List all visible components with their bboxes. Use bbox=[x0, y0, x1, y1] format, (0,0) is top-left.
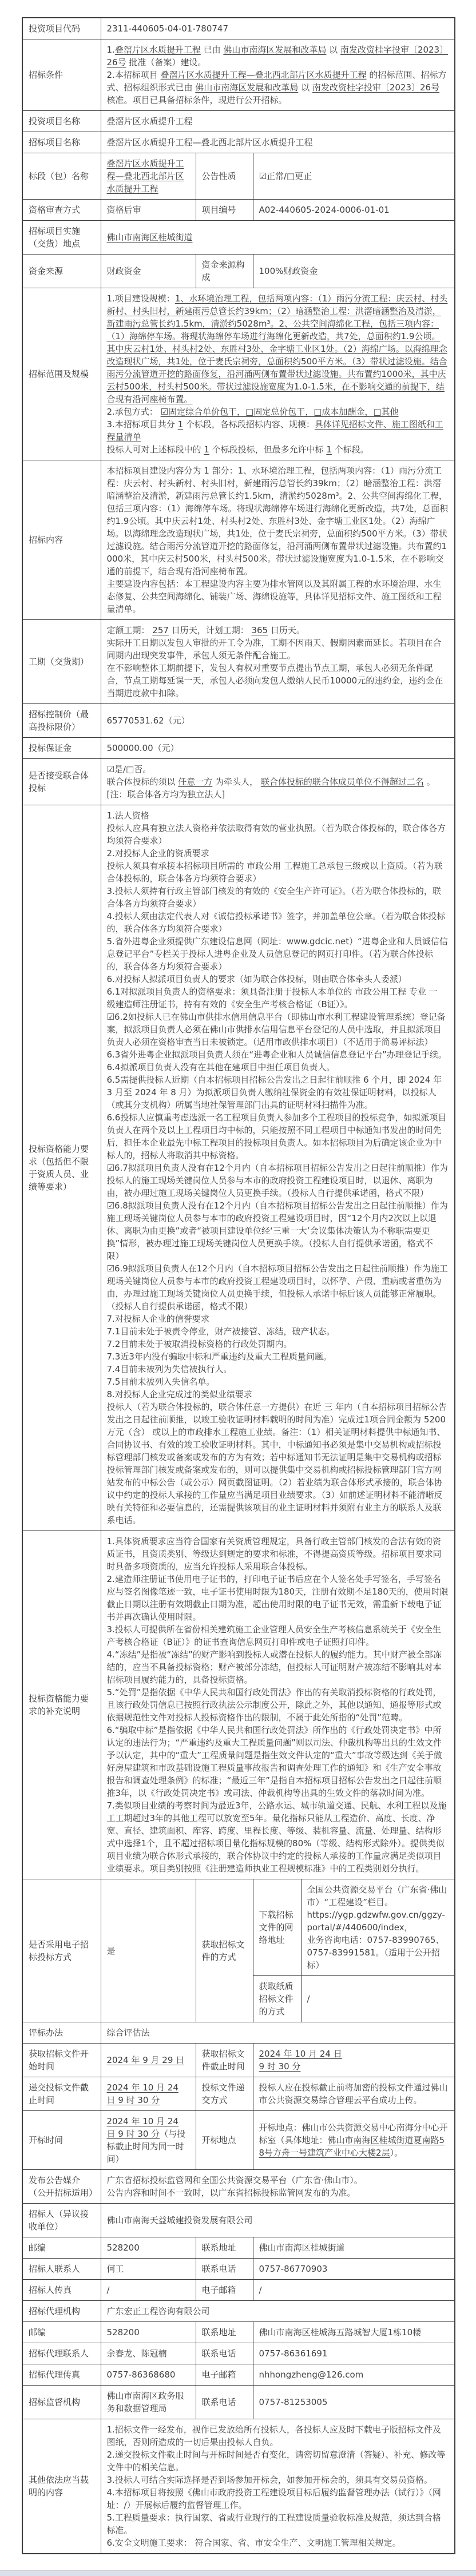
investment-project-name-value: 叠滘片区水质提升工程 bbox=[101, 111, 455, 132]
tender-content-value: 本招标项目建设内容分为 1 部分：1、水环境治理工程，包括两项内容：（1）雨污分… bbox=[101, 460, 455, 620]
investment-project-code-value: 2311-440605-04-01-780747 bbox=[101, 18, 455, 39]
project-number-value: A02-440605-2024-0006-01-01 bbox=[253, 200, 455, 221]
row-tenderer-fax: 招标人传真 / 电子邮箱 / bbox=[22, 2280, 455, 2301]
row-label: 是否采用电子招标投标方式 bbox=[22, 1879, 101, 2022]
row-label: 投标保证金 bbox=[22, 738, 101, 759]
construction-period-value: 定额工期： 257 日历天，计划工期： 365 日历天。 实际开工日期以发包人审… bbox=[101, 620, 455, 704]
tenderer-value: 佛山市南海天益城建投资发展有限公司 bbox=[101, 2204, 455, 2237]
row-label: 招标监督机构 bbox=[22, 2386, 101, 2419]
announcement-nature-value: ☑正常/□更正 bbox=[253, 153, 455, 200]
agency-email-label: 电子邮箱 bbox=[196, 2364, 253, 2386]
row-label: 是否接受联合体投标 bbox=[22, 759, 101, 805]
funding-composition-value: 100%财政资金 bbox=[253, 255, 455, 288]
row-investment-project-name: 投资项目名称 叠滘片区水质提升工程 bbox=[22, 111, 455, 132]
row-bid-section-name: 标段（包）名称 叠滘片区水质提升工程—叠北西北部片区水质提升工程 公告性质 ☑正… bbox=[22, 153, 455, 200]
row-bid-security: 投标保证金 500000.00（元） bbox=[22, 738, 455, 759]
row-label: 发布公告媒介（公开招标适用） bbox=[22, 2170, 101, 2204]
tenderer-email-value: / bbox=[253, 2280, 455, 2301]
consortium-bidding-value: ☑是/□否。 联合体投标的须以 任意一方 为牵头人， 联合体投标的联合体成员单位… bbox=[101, 759, 455, 805]
tender-scope-and-scale-value: 1.项目建设规模：1、水环境治理工程，包括两项内容：（1）雨污分流工程：庆云村、… bbox=[101, 288, 455, 460]
row-label: 招标条件 bbox=[22, 39, 101, 111]
tenderer-postcode-value: 528200 bbox=[101, 2237, 196, 2259]
agency-phone-value: 0757-86361691 bbox=[253, 2343, 455, 2364]
row-construction-period: 工期（交货期） 定额工期： 257 日历天，计划工期： 365 日历天。 实际开… bbox=[22, 620, 455, 704]
agency-contact-value: 余春龙、陈冠楠 bbox=[101, 2343, 196, 2364]
tender-conditions-value: 1.叠滘片区水质提升工程 已由 佛山市南海区发展和改革局 以 南发改资桂字投审〔… bbox=[101, 39, 455, 111]
agency-fax-value: 0757-86368680 bbox=[101, 2364, 196, 2386]
row-tender-agency: 招标代理机构 广东宏正工程咨询有限公司 bbox=[22, 2301, 455, 2322]
row-bidder-qualification-requirements: 投标资格能力要求（包括但不限于资质人员、业绩等要求） 1.法人资格 投标人应具有… bbox=[22, 805, 455, 1531]
acquisition-deadline-value: 2024 年 10 月 24 日 9 时 30 分 bbox=[253, 2044, 455, 2077]
row-label: 评标办法 bbox=[22, 2022, 101, 2044]
tenderer-address-value: 佛山市南海区桂城街道 bbox=[253, 2237, 455, 2259]
tenderer-email-label: 电子邮箱 bbox=[196, 2280, 253, 2301]
row-label: 获取招标文件开始时间 bbox=[22, 2044, 101, 2077]
row-label: 开标时间 bbox=[22, 2111, 101, 2170]
tenderer-contact-value: 何工 bbox=[101, 2259, 196, 2280]
document-acquisition-method-label: 获取招标文件的方式 bbox=[196, 1879, 253, 2022]
row-label: 招标项目实施（交货）地点 bbox=[22, 221, 101, 255]
row-other-contents: 其他依法应当载明的内容 1.招标文件一经发布，视作已发放给所有投标人，各投标人应… bbox=[22, 2419, 455, 2554]
bid-security-value: 500000.00（元） bbox=[101, 738, 455, 759]
row-tenderer: 招标人（异议接收单位） 佛山市南海天益城建投资发展有限公司 bbox=[22, 2204, 455, 2237]
row-tenderer-postcode: 邮编 528200 联系地址 佛山市南海区桂城街道 bbox=[22, 2237, 455, 2259]
bid-opening-time-value: 2024 年 10 月 24 日 9 时 30 分（与投标截止时间为同一时间） bbox=[101, 2111, 196, 2170]
agency-address-label: 联系地址 bbox=[196, 2322, 253, 2343]
row-tender-scope-and-scale: 招标范围及规模 1.项目建设规模：1、水环境治理工程，包括两项内容：（1）雨污分… bbox=[22, 288, 455, 460]
row-label: 投标资格能力要求的补充说明 bbox=[22, 1531, 101, 1879]
funding-source-value: 财政资金 bbox=[101, 255, 196, 288]
row-qualification-review: 资格审查方式 资格后审 项目编号 A02-440605-2024-0006-01… bbox=[22, 200, 455, 221]
tender-project-name-value: 叠滘片区水质提升工程—叠北西北部片区水质提升工程 bbox=[101, 132, 455, 153]
row-bid-opening: 开标时间 2024 年 10 月 24 日 9 时 30 分（与投标截止时间为同… bbox=[22, 2111, 455, 2170]
row-bid-submission-deadline: 递交投标文件截止时间 2024 年 10 月 24 日 9 时 30 分 投标文… bbox=[22, 2077, 455, 2111]
delivery-location-value: 佛山市南海区桂城街道 bbox=[101, 221, 455, 255]
acquisition-start-time-value: 2024 年 9 月 29 日 bbox=[101, 2044, 196, 2077]
row-agency-postcode: 邮编 528200 联系地址 佛山市南海区桂城海五路城智大厦1栋10楼 bbox=[22, 2322, 455, 2343]
row-consortium-bidding: 是否接受联合体投标 ☑是/□否。 联合体投标的须以 任意一方 为牵头人， 联合体… bbox=[22, 759, 455, 805]
supervision-authority-value: 佛山市南海区政务服务和数据管理局 bbox=[101, 2386, 196, 2419]
row-document-acquisition-time: 获取招标文件开始时间 2024 年 9 月 29 日 获取招标文件截止时间 20… bbox=[22, 2044, 455, 2077]
row-label: 资格审查方式 bbox=[22, 200, 101, 221]
row-tender-content: 招标内容 本招标项目建设内容分为 1 部分：1、水环境治理工程，包括两项内容：（… bbox=[22, 460, 455, 620]
row-label: 工期（交货期） bbox=[22, 620, 101, 704]
row-agency-fax: 招标代理传真 0757-86368680 电子邮箱 nhhongzheng@12… bbox=[22, 2364, 455, 2386]
bid-opening-location-label: 开标地点 bbox=[196, 2111, 253, 2170]
row-label: 邮编 bbox=[22, 2237, 101, 2259]
supervision-phone-label: 联系电话 bbox=[196, 2386, 253, 2419]
agency-email-value: nhhongzheng@126.com bbox=[253, 2364, 455, 2386]
bidder-qualification-requirements-value: 1.法人资格 投标人应具有独立法人资格并依法取得有效的营业执照。（若为联合体投标… bbox=[101, 805, 455, 1531]
row-agency-contact: 招标代理联系人 余春龙、陈冠楠 联系电话 0757-86361691 bbox=[22, 2343, 455, 2364]
row-investment-project-code: 投资项目代码 2311-440605-04-01-780747 bbox=[22, 18, 455, 39]
tender-announcement-document: 投资项目代码 2311-440605-04-01-780747 招标条件 1.叠… bbox=[0, 0, 476, 2570]
supervision-phone-value: 0757-81253005 bbox=[253, 2386, 455, 2419]
funding-composition-label: 资金来源构成 bbox=[196, 255, 253, 288]
submission-method-value: 投标人应在投标截止前将加密的投标文件通过佛山市公共资源交易综合管理云平台成功上传… bbox=[253, 2077, 455, 2111]
acquisition-deadline-label: 获取招标文件截止时间 bbox=[196, 2044, 253, 2077]
tenderer-address-label: 联系地址 bbox=[196, 2237, 253, 2259]
tenderer-fax-value: / bbox=[101, 2280, 196, 2301]
row-label: 投标资格能力要求（包括但不限于资质人员、业绩等要求） bbox=[22, 805, 101, 1531]
download-address-label: 下载招标文件的网络地址 bbox=[253, 1879, 301, 1976]
qualification-supplementary-notes-value: 1.具体资质要求应当符合国家有关资质管理规定，具备行政主管部门核发的合法有效的资… bbox=[101, 1531, 455, 1879]
agency-postcode-value: 528200 bbox=[101, 2322, 196, 2343]
agency-address-value: 佛山市南海区桂城海五路城智大厦1栋10楼 bbox=[253, 2322, 455, 2343]
row-announcement-media: 发布公告媒介（公开招标适用） 广东省招标投标监管网和全国公共资源交易平台（广东省… bbox=[22, 2170, 455, 2204]
row-label: 其他依法应当载明的内容 bbox=[22, 2419, 101, 2554]
submission-method-label: 投标文件递交方式 bbox=[196, 2077, 253, 2111]
bid-submission-deadline-value: 2024 年 10 月 24 日 9 时 30 分 bbox=[101, 2077, 196, 2111]
row-tender-control-price: 招标控制价（最高投标限价） 65770531.62（元） bbox=[22, 704, 455, 738]
bid-section-name-value: 叠滘片区水质提升工程—叠北西北部片区水质提升工程 bbox=[101, 153, 196, 200]
tender-announcement-table: 投资项目代码 2311-440605-04-01-780747 招标条件 1.叠… bbox=[22, 17, 455, 2554]
electronic-bidding-value: 是 bbox=[101, 1879, 196, 2022]
tenderer-phone-label: 联系电话 bbox=[196, 2259, 253, 2280]
announcement-nature-label: 公告性质 bbox=[196, 153, 253, 200]
evaluation-method-value: 综合评估法 bbox=[101, 2022, 455, 2044]
row-label: 投资项目名称 bbox=[22, 111, 101, 132]
row-label: 招标人联系人 bbox=[22, 2259, 101, 2280]
row-tender-project-name: 招标项目名称 叠滘片区水质提升工程—叠北西北部片区水质提升工程 bbox=[22, 132, 455, 153]
agency-phone-label: 联系电话 bbox=[196, 2343, 253, 2364]
paper-document-value: / bbox=[301, 1976, 455, 2022]
tender-agency-value: 广东宏正工程咨询有限公司 bbox=[101, 2301, 455, 2322]
row-label: 招标代理传真 bbox=[22, 2364, 101, 2386]
row-label: 招标范围及规模 bbox=[22, 288, 101, 460]
row-tenderer-contact: 招标人联系人 何工 联系电话 0757-86770903 bbox=[22, 2259, 455, 2280]
announcement-media-value: 广东省招标投标监管网和全国公共资源交易平台（广东省·佛山市）。 公告内容和时间不… bbox=[101, 2170, 455, 2204]
qualification-review-value: 资格后审 bbox=[101, 200, 196, 221]
row-label: 招标代理联系人 bbox=[22, 2343, 101, 2364]
row-label: 资金来源 bbox=[22, 255, 101, 288]
row-label: 招标控制价（最高投标限价） bbox=[22, 704, 101, 738]
project-number-label: 项目编号 bbox=[196, 200, 253, 221]
row-delivery-location: 招标项目实施（交货）地点 佛山市南海区桂城街道 bbox=[22, 221, 455, 255]
row-supervision-authority: 招标监督机构 佛山市南海区政务服务和数据管理局 联系电话 0757-812530… bbox=[22, 2386, 455, 2419]
row-label: 招标内容 bbox=[22, 460, 101, 620]
tenderer-phone-value: 0757-86770903 bbox=[253, 2259, 455, 2280]
row-evaluation-method: 评标办法 综合评估法 bbox=[22, 2022, 455, 2044]
row-label: 招标人（异议接收单位） bbox=[22, 2204, 101, 2237]
row-label: 招标项目名称 bbox=[22, 132, 101, 153]
paper-document-label: 获取纸质招标文件的方式 bbox=[253, 1976, 301, 2022]
other-contents-value: 1.招标文件一经发布，视作已发放给所有投标人，各投标人应及时下载电子版招标文件及… bbox=[101, 2419, 455, 2554]
page-footer-bar bbox=[0, 2570, 476, 2576]
row-label: 邮编 bbox=[22, 2322, 101, 2343]
row-label: 投资项目代码 bbox=[22, 18, 101, 39]
row-label: 标段（包）名称 bbox=[22, 153, 101, 200]
row-label: 递交投标文件截止时间 bbox=[22, 2077, 101, 2111]
bid-opening-location-value: 开标地点：佛山市公共资源交易中心南海分中心开标室（具体地址：佛山市南海区桂城街道… bbox=[253, 2111, 455, 2170]
tender-control-price-value: 65770531.62（元） bbox=[101, 704, 455, 738]
row-electronic-bidding: 是否采用电子招标投标方式 是 获取招标文件的方式 下载招标文件的网络地址 全国公… bbox=[22, 1879, 455, 1976]
row-qualification-supplementary-notes: 投标资格能力要求的补充说明 1.具体资质要求应当符合国家有关资质管理规定，具备行… bbox=[22, 1531, 455, 1879]
row-label: 招标人传真 bbox=[22, 2280, 101, 2301]
row-funding-source: 资金来源 财政资金 资金来源构成 100%财政资金 bbox=[22, 255, 455, 288]
row-label: 招标代理机构 bbox=[22, 2301, 101, 2322]
download-address-value: 全国公共资源交易平台（广东省·佛山市）“工程建设”栏目。 https://ygp… bbox=[301, 1879, 455, 1976]
row-tender-conditions: 招标条件 1.叠滘片区水质提升工程 已由 佛山市南海区发展和改革局 以 南发改资… bbox=[22, 39, 455, 111]
